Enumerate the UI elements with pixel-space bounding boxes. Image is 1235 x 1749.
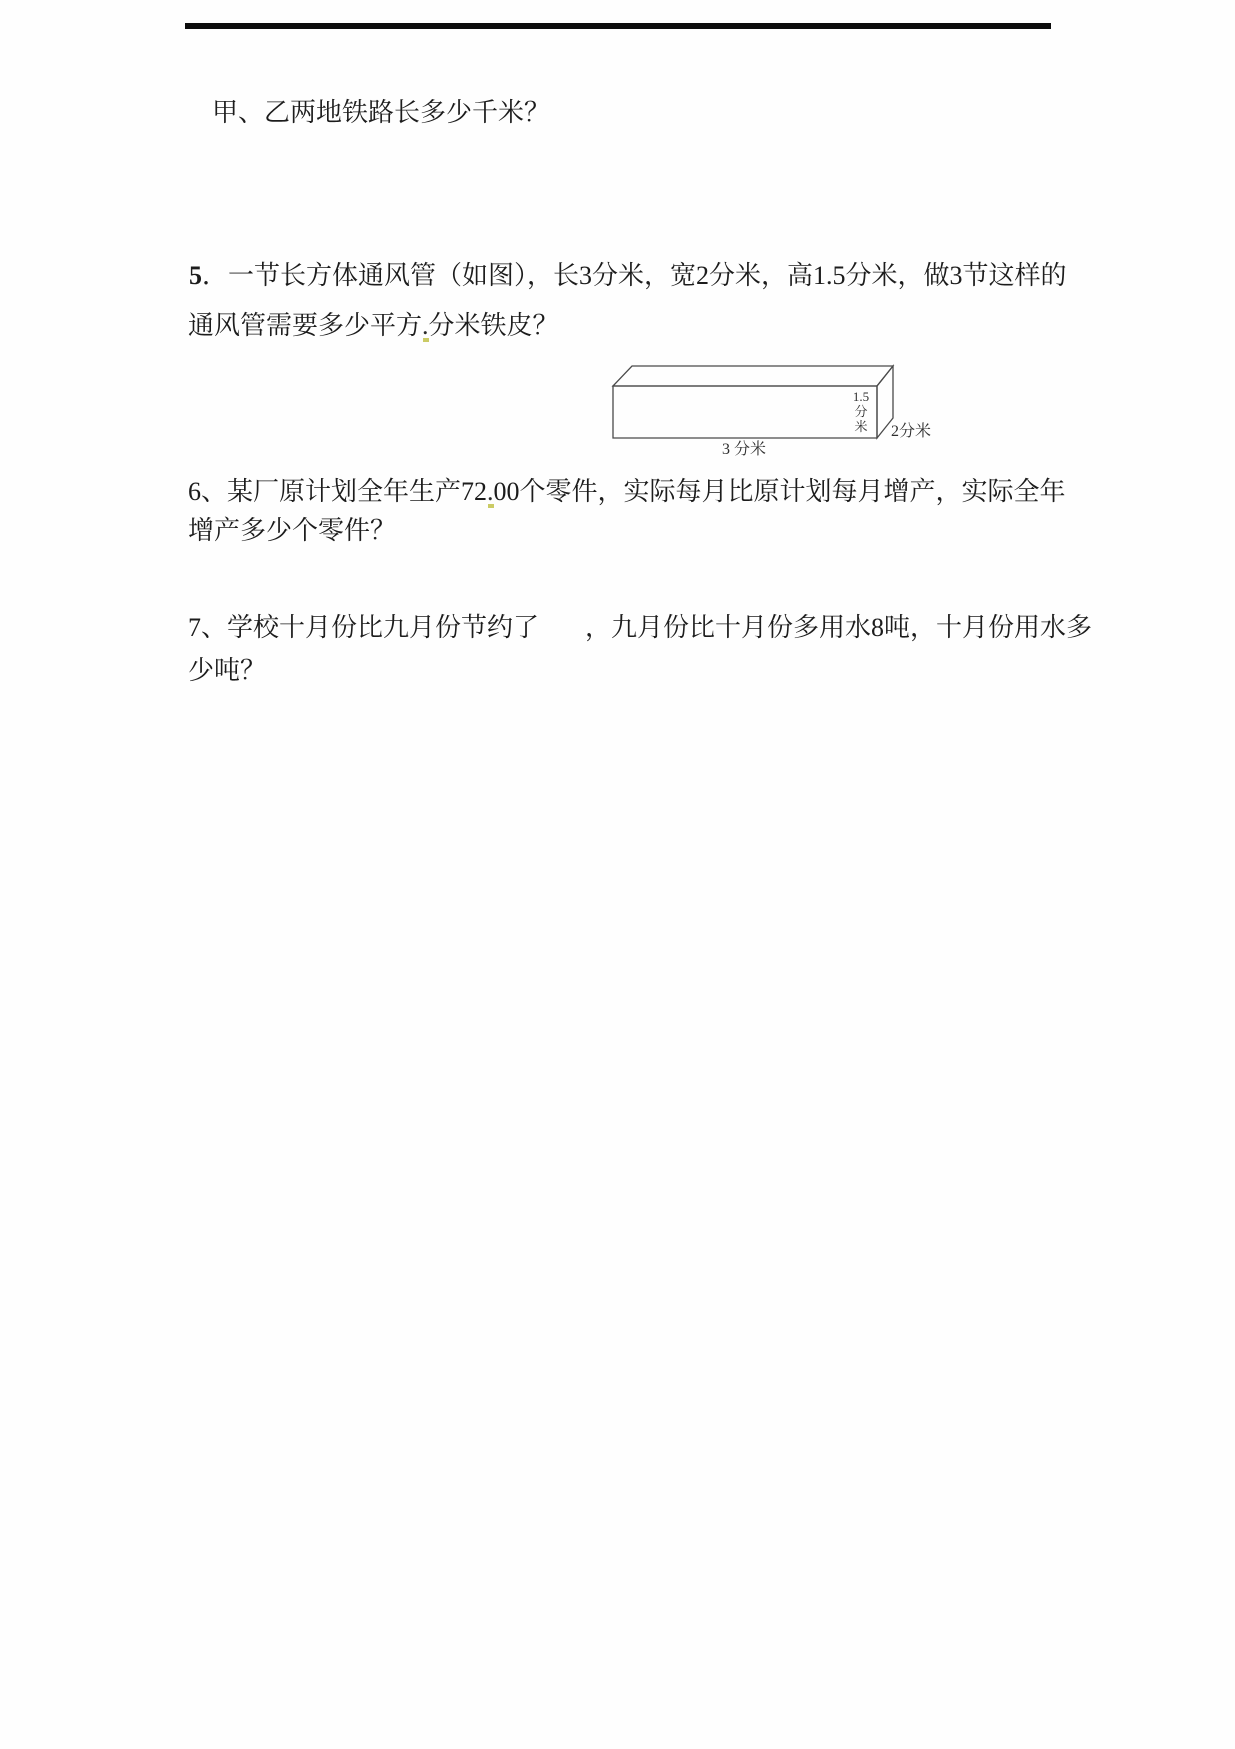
question7-line1-post: ，九月份比十月份多用水8吨，十月份用水多 (585, 613, 1092, 642)
question5-line2-pre: 通风管需要多少平方 (188, 311, 422, 340)
box-height-unit-1: 分 (845, 404, 877, 419)
box-width-label: 2分米 (891, 424, 931, 440)
top-divider-line (185, 23, 1051, 29)
question6-line1: 6、某厂原计划全年生产72.00个零件，实际每月比原计划每月增产，实际全年 (188, 475, 1066, 509)
box-height-value: 1.5 (845, 389, 877, 404)
question5-line2-post: 分米铁皮？ (429, 311, 559, 340)
question7-line1-pre: 7、学校十月份比九月份节约了 (188, 613, 539, 642)
box-length-label: 3 分米 (722, 442, 766, 458)
question5-line1-text: ．一节长方体通风管（如图），长3分米，宽2分米，高1.5分米，做3节这样的 (202, 261, 1067, 290)
box-top-face (613, 366, 893, 386)
question7-line2: 少吨？ (188, 654, 266, 688)
box-height-unit-2: 米 (845, 419, 877, 434)
question7-line2-text: 少吨？ (188, 656, 266, 685)
question7-line1: 7、学校十月份比九月份节约了，九月份比十月份多用水8吨，十月份用水多 (188, 611, 1092, 645)
rectangular-prism-drawing (605, 358, 950, 458)
worksheet-page: 甲、乙两地铁路长多少千米？ 5．一节长方体通风管（如图），长3分米，宽2分米，高… (0, 0, 1235, 1749)
question4-tail-text: 甲、乙两地铁路长多少千米？ (212, 98, 550, 127)
question4-tail-line: 甲、乙两地铁路长多少千米？ (212, 96, 550, 130)
question5-line2: 通风管需要多少平方.分米铁皮？ (188, 309, 559, 343)
question5-line1: 5．一节长方体通风管（如图），长3分米，宽2分米，高1.5分米，做3节这样的 (189, 259, 1067, 293)
box-height-label: 1.5 分 米 (845, 389, 877, 434)
box-right-face (877, 366, 893, 438)
question6-line2: 增产多少个零件？ (188, 514, 396, 548)
stray-dot-mark-q6: . (487, 475, 494, 509)
question5-number: 5 (189, 261, 202, 290)
stray-dot-mark-q5: . (422, 309, 429, 343)
question6-line2-text: 增产多少个零件？ (188, 516, 396, 545)
question6-line1-pre: 6、某厂原计划全年生产72 (188, 477, 487, 506)
question6-line1-post: 00个零件，实际每月比原计划每月增产，实际全年 (494, 477, 1066, 506)
box-front-face (613, 386, 877, 438)
